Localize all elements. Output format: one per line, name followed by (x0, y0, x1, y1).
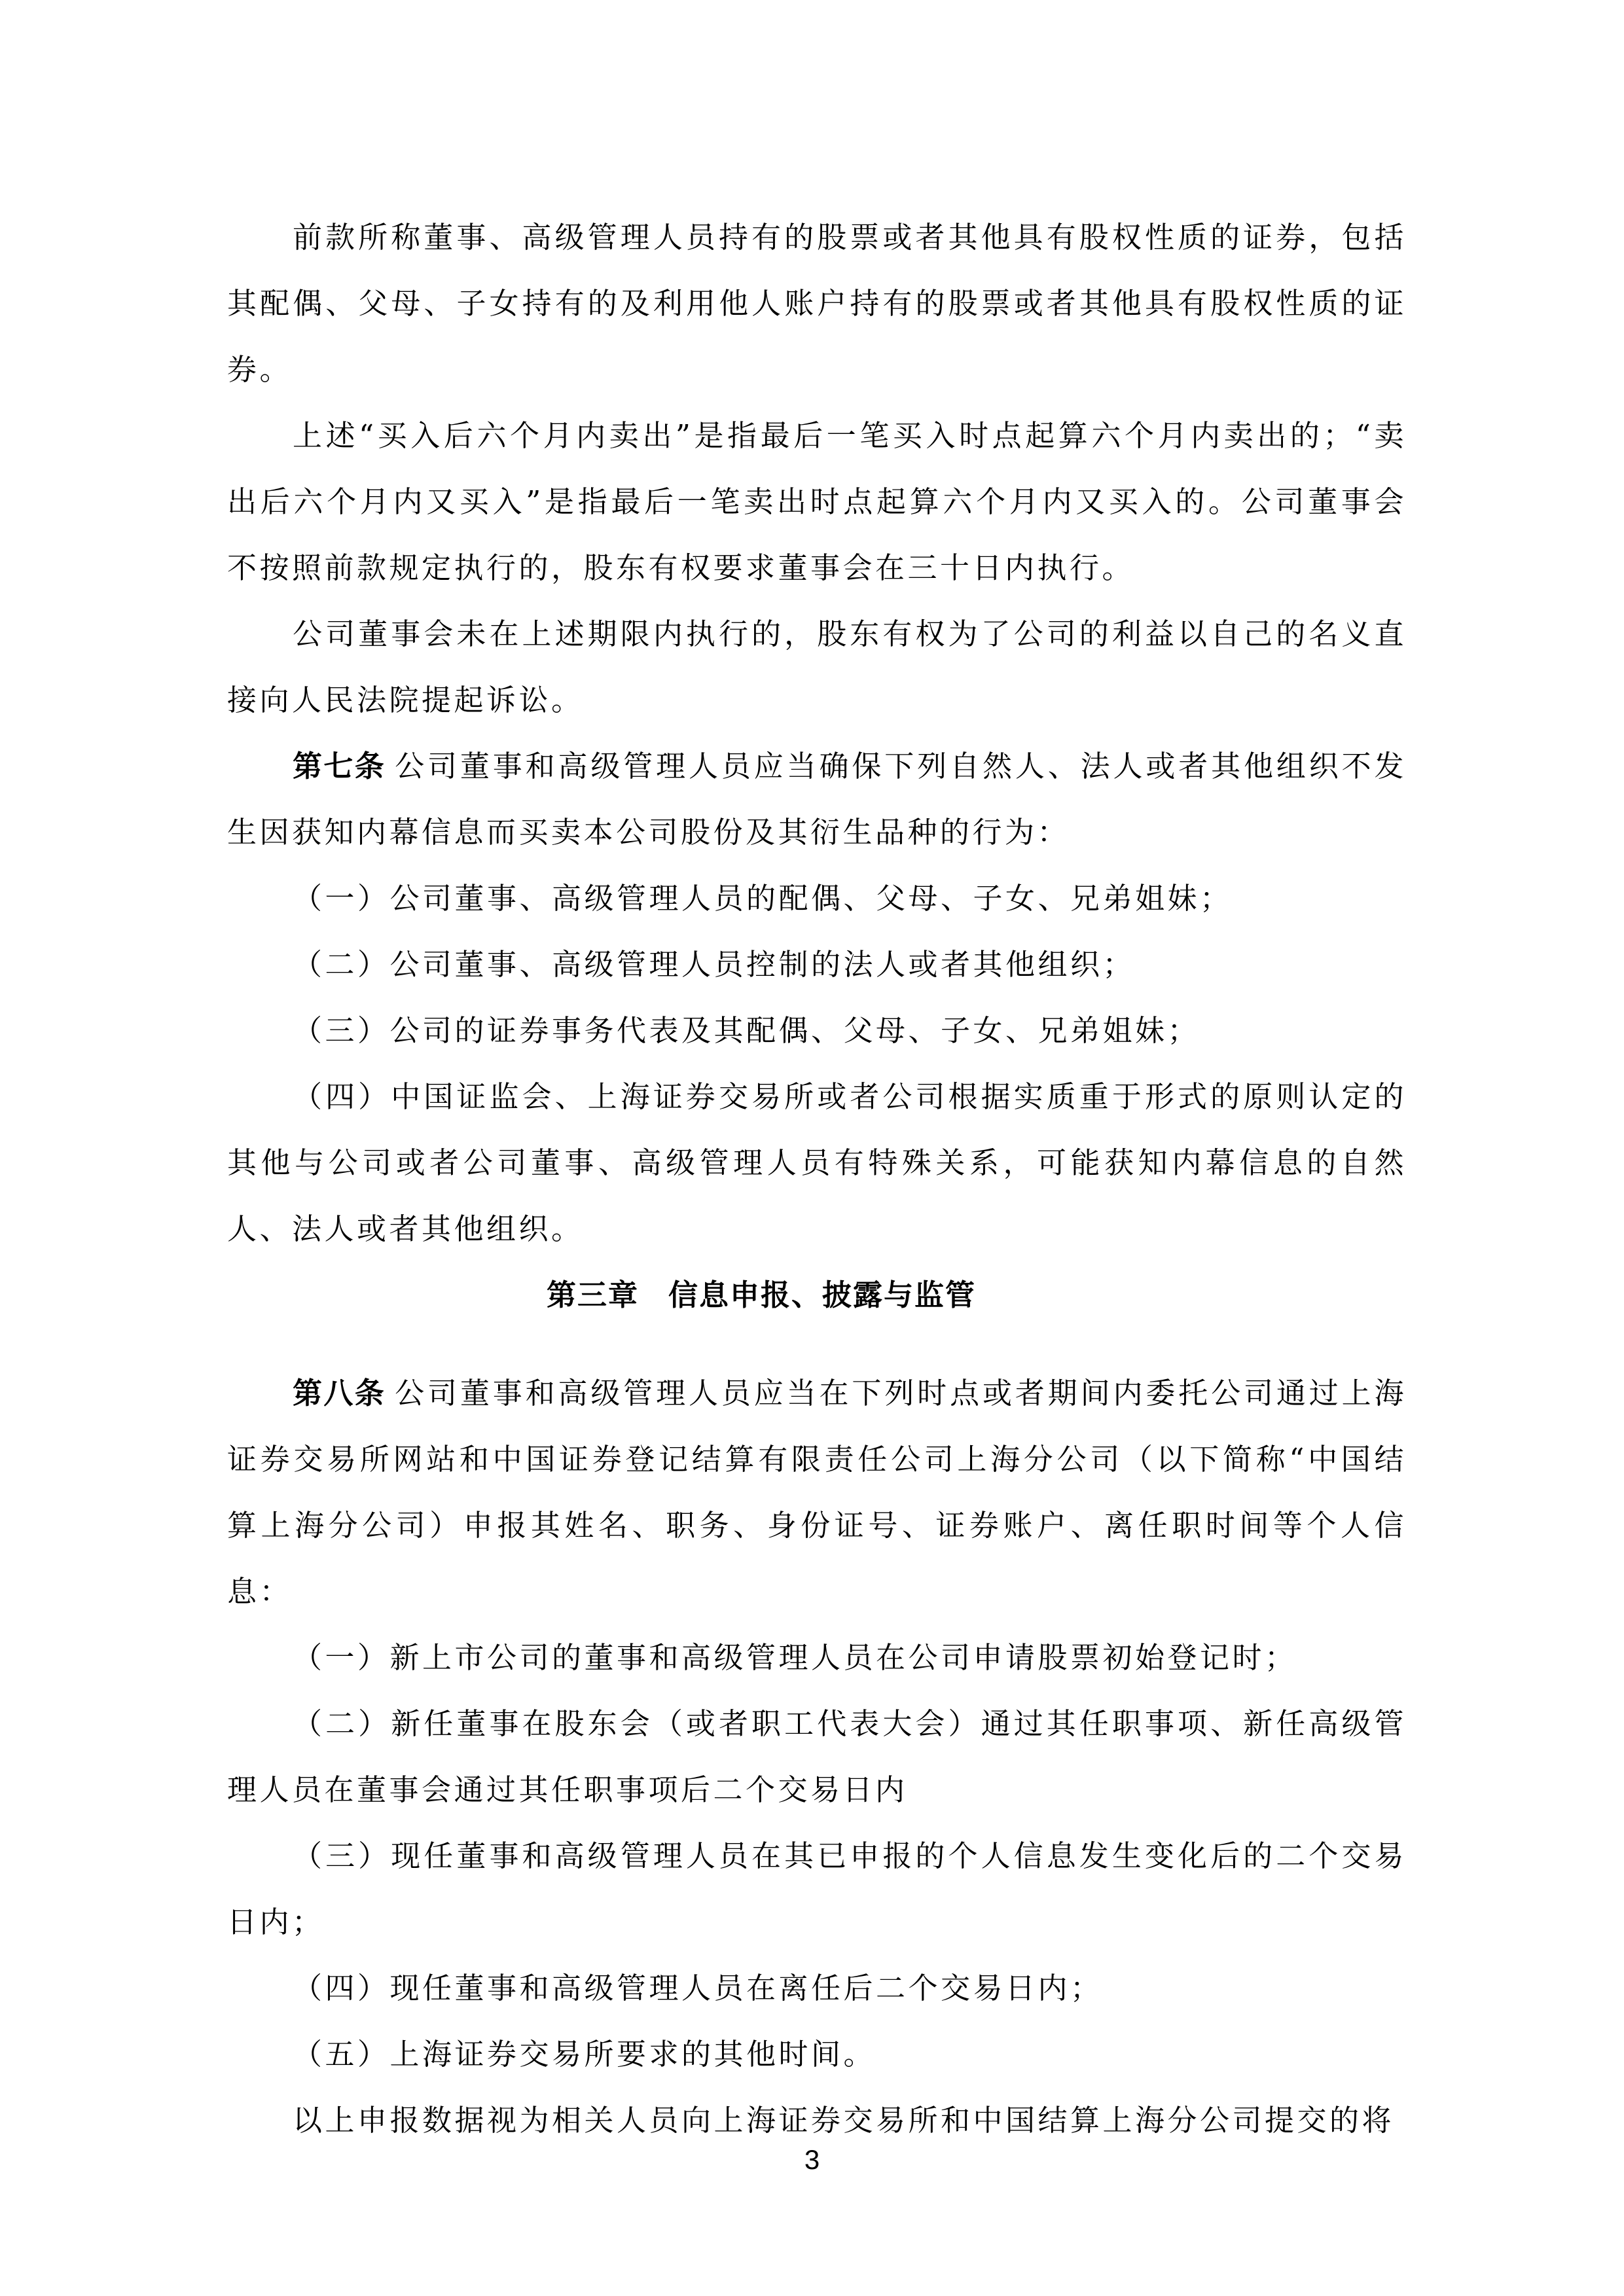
document-body: 前款所称董事、高级管理人员持有的股票或者其他具有股权性质的证券，包括其配偶、父母… (227, 204, 1407, 2153)
chapter-heading: 第三章信息申报、披露与监管 (227, 1262, 1407, 1360)
article-7-item-2: （二）公司董事、高级管理人员控制的法人或者其他组织； (227, 931, 1407, 997)
paragraph-six-month-definition: 上述“买入后六个月内卖出”是指最后一笔买入时点起算六个月内卖出的；“卖出后六个月… (227, 403, 1407, 601)
article-7-text: 公司董事和高级管理人员应当确保下列自然人、法人或者其他组织不发生因获知内幕信息而… (227, 749, 1407, 850)
article-8-label: 第八条 (293, 1376, 386, 1410)
paragraph-related-securities: 前款所称董事、高级管理人员持有的股票或者其他具有股权性质的证券，包括其配偶、父母… (227, 204, 1407, 403)
chapter-number: 第三章 (547, 1278, 639, 1312)
article-8: 第八条公司董事和高级管理人员应当在下列时点或者期间内委托公司通过上海证券交易所网… (227, 1360, 1407, 1624)
article-8-item-3: （三）现任董事和高级管理人员在其已申报的个人信息发生变化后的二个交易日内； (227, 1823, 1407, 1955)
page-number: 3 (0, 2140, 1624, 2179)
article-8-item-5: （五）上海证券交易所要求的其他时间。 (227, 2021, 1407, 2087)
article-8-item-1: （一）新上市公司的董事和高级管理人员在公司申请股票初始登记时； (227, 1624, 1407, 1691)
article-7-item-3: （三）公司的证券事务代表及其配偶、父母、子女、兄弟姐妹； (227, 997, 1407, 1064)
article-8-item-4: （四）现任董事和高级管理人员在离任后二个交易日内； (227, 1955, 1407, 2021)
article-7: 第七条公司董事和高级管理人员应当确保下列自然人、法人或者其他组织不发生因获知内幕… (227, 733, 1407, 865)
article-7-item-4: （四）中国证监会、上海证券交易所或者公司根据实质重于形式的原则认定的其他与公司或… (227, 1064, 1407, 1262)
article-8-item-2: （二）新任董事在股东会（或者职工代表大会）通过其任职事项、新任高级管理人员在董事… (227, 1691, 1407, 1823)
chapter-title: 信息申报、披露与监管 (668, 1278, 976, 1312)
article-7-label: 第七条 (293, 749, 386, 783)
article-8-text: 公司董事和高级管理人员应当在下列时点或者期间内委托公司通过上海证券交易所网站和中… (227, 1376, 1407, 1609)
document-page: 前款所称董事、高级管理人员持有的股票或者其他具有股权性质的证券，包括其配偶、父母… (0, 0, 1624, 2296)
article-7-item-1: （一）公司董事、高级管理人员的配偶、父母、子女、兄弟姐妹； (227, 865, 1407, 931)
paragraph-shareholder-lawsuit: 公司董事会未在上述期限内执行的，股东有权为了公司的利益以自己的名义直接向人民法院… (227, 601, 1407, 733)
